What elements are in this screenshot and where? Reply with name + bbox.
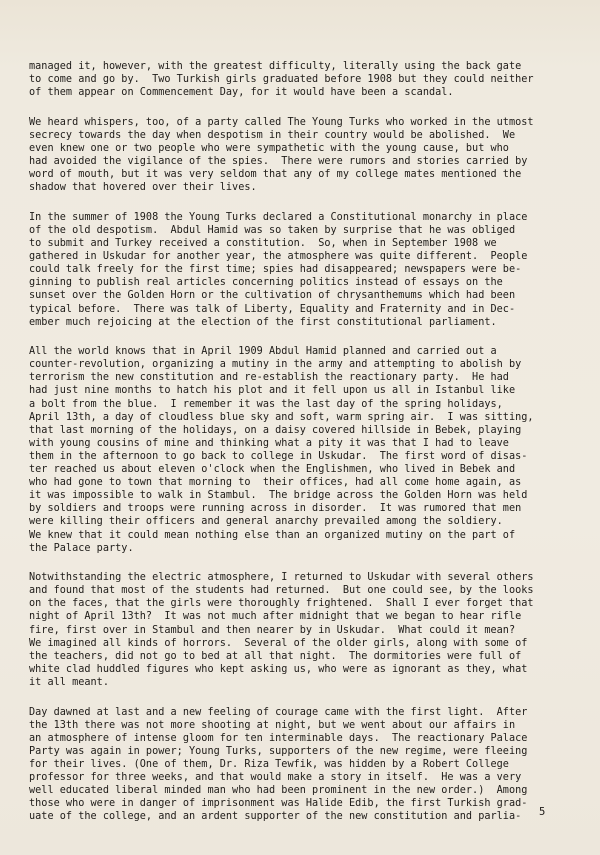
- text-line: those who were in danger of imprisonment…: [29, 797, 559, 810]
- text-line: who had gone to town that morning to the…: [29, 476, 559, 489]
- text-line: uate of the college, and an ardent suppo…: [29, 810, 559, 823]
- text-line: could talk freely for the first time; sp…: [29, 263, 559, 276]
- text-line: All the world knows that in April 1909 A…: [29, 345, 559, 358]
- text-line: had just nine months to hatch his plot a…: [29, 384, 559, 397]
- text-line: an atmosphere of intense gloom for ten i…: [29, 732, 559, 745]
- text-line: We imagined all kinds of horrors. Severa…: [29, 637, 559, 650]
- text-line: In the summer of 1908 the Young Turks de…: [29, 211, 559, 224]
- text-line: for their lives. (One of them, Dr. Riza …: [29, 758, 559, 771]
- text-line: night of April 13th? It was not much aft…: [29, 610, 559, 623]
- text-line: were killing their officers and general …: [29, 515, 559, 528]
- text-line: of the old despotism. Abdul Hamid was so…: [29, 224, 559, 237]
- text-line: by soldiers and troops were running acro…: [29, 502, 559, 515]
- text-line: sunset over the Golden Horn or the culti…: [29, 289, 559, 302]
- text-line: a bolt from the blue. I remember it was …: [29, 398, 559, 411]
- paragraph: Notwithstanding the electric atmosphere,…: [29, 571, 559, 689]
- text-line: it was impossible to walk in Stambul. Th…: [29, 489, 559, 502]
- text-line: typical before. There was talk of Libert…: [29, 303, 559, 316]
- text-line: had avoided the vigilance of the spies. …: [29, 155, 559, 168]
- text-line: even knew one or two people who were sym…: [29, 142, 559, 155]
- text-line: Notwithstanding the electric atmosphere,…: [29, 571, 559, 584]
- text-line: secrecy towards the day when despotism i…: [29, 129, 559, 142]
- text-line: well educated liberal minded man who had…: [29, 784, 559, 797]
- text-line: We knew that it could mean nothing else …: [29, 529, 559, 542]
- text-line: them in the afternoon to go back to coll…: [29, 450, 559, 463]
- text-line: the 13th there was not more shooting at …: [29, 719, 559, 732]
- text-line: ginning to publish real articles concern…: [29, 276, 559, 289]
- text-line: terrorism the new constitution and re-es…: [29, 371, 559, 384]
- paragraph: We heard whispers, too, of a party calle…: [29, 116, 559, 195]
- text-line: April 13th, a day of cloudless blue sky …: [29, 411, 559, 424]
- document-page: managed it, however, with the greatest d…: [0, 0, 600, 855]
- text-line: to submit and Turkey received a constitu…: [29, 237, 559, 250]
- text-line: of them appear on Commencement Day, for …: [29, 86, 559, 99]
- text-line: with young cousins of mine and thinking …: [29, 437, 559, 450]
- paragraph: managed it, however, with the greatest d…: [29, 60, 559, 99]
- page-number: 5: [539, 806, 545, 818]
- text-line: counter-revolution, organizing a mutiny …: [29, 358, 559, 371]
- body-text: managed it, however, with the greatest d…: [29, 60, 559, 840]
- text-line: it all meant.: [29, 676, 559, 689]
- text-line: to come and go by. Two Turkish girls gra…: [29, 73, 559, 86]
- text-line: that last morning of the holidays, on a …: [29, 424, 559, 437]
- text-line: ember much rejoicing at the election of …: [29, 316, 559, 329]
- text-line: on the faces, that the girls were thorou…: [29, 597, 559, 610]
- text-line: the teachers, did not go to bed at all t…: [29, 650, 559, 663]
- text-line: ter reached us about eleven o'clock when…: [29, 463, 559, 476]
- text-line: gathered in Uskudar for another year, th…: [29, 250, 559, 263]
- paragraph: All the world knows that in April 1909 A…: [29, 345, 559, 555]
- text-line: managed it, however, with the greatest d…: [29, 60, 559, 73]
- text-line: Party was again in power; Young Turks, s…: [29, 745, 559, 758]
- text-line: word of mouth, but it was very seldom th…: [29, 168, 559, 181]
- text-line: shadow that hovered over their lives.: [29, 181, 559, 194]
- paragraph: In the summer of 1908 the Young Turks de…: [29, 211, 559, 329]
- text-line: We heard whispers, too, of a party calle…: [29, 116, 559, 129]
- text-line: and found that most of the students had …: [29, 584, 559, 597]
- text-line: professor for three weeks, and that woul…: [29, 771, 559, 784]
- text-line: fire, first over in Stambul and then nea…: [29, 624, 559, 637]
- paragraph: Day dawned at last and a new feeling of …: [29, 706, 559, 824]
- text-line: white clad huddled figures who kept aski…: [29, 663, 559, 676]
- text-line: Day dawned at last and a new feeling of …: [29, 706, 559, 719]
- text-line: the Palace party.: [29, 542, 559, 555]
